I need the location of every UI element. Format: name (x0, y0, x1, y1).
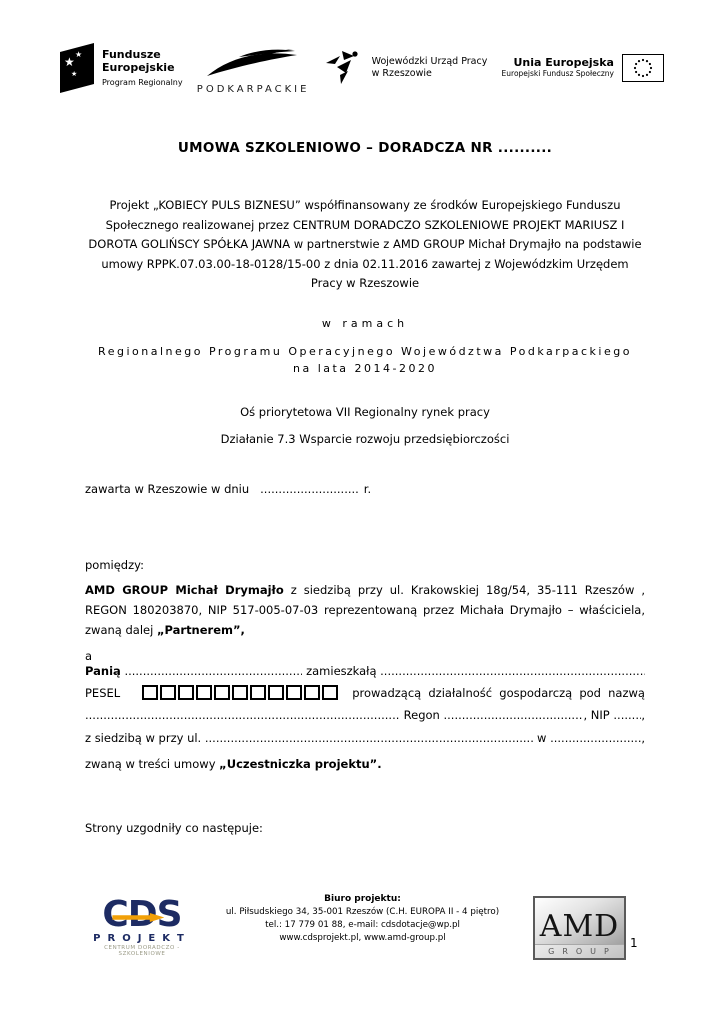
pani-line: Panią ..................................… (85, 664, 645, 678)
nip-label: , NIP (583, 708, 613, 722)
document-title: UMOWA SZKOLENIOWO – DORADCZA NR ........… (85, 140, 645, 156)
pesel-tail: prowadzącą działalność gospodarczą pod n… (352, 686, 645, 700)
partner-paragraph: AMD GROUP Michał Drymajło z siedzibą prz… (85, 580, 645, 640)
pesel-tail-word: pod (579, 686, 601, 700)
partner-alias: „Partnerem”, (157, 623, 245, 637)
regon-line-comma: , (641, 708, 645, 722)
siedziba-comma: , (641, 731, 645, 745)
dzialanie-line: Działanie 7.3 Wsparcie rozwoju przedsięb… (85, 432, 645, 446)
pesel-line: PESEL prowadzącą działalność gospodarczą… (85, 685, 645, 700)
siedziba-label: z siedzibą w przy ul. (85, 731, 205, 745)
cds-letters: CDS (102, 894, 181, 935)
program-line1: Regionalnego Programu Operacyjnego Wojew… (85, 344, 645, 361)
fundusze-title-line2: Europejskie (102, 61, 183, 74)
svg-text:★: ★ (71, 70, 77, 78)
program-line2: na lata 2014-2020 (85, 361, 645, 378)
pesel-box (232, 685, 248, 700)
strony-line: Strony uzgodniły co następuje: (85, 821, 645, 835)
eu-flag-icon (622, 54, 664, 82)
date-blank: .............................. (260, 482, 360, 496)
a-connector: a (85, 649, 645, 663)
wup-line1: Wojewódzki Urząd Pracy (372, 56, 488, 68)
pesel-box (268, 685, 284, 700)
pesel-label: PESEL (85, 686, 120, 700)
logo-unia-europejska: Unia Europejska Europejski Fundusz Społe… (502, 54, 664, 82)
cds-subtitle: CENTRUM DORADCZO - SZKOLENIOWE (90, 945, 194, 957)
zwana-pre: zwaną w treści umowy (85, 757, 219, 771)
logo-amd-group: AMD GROUP (533, 896, 626, 960)
svg-text:★: ★ (75, 50, 82, 59)
logo-cds-projekt: CDS PROJEKT CENTRUM DORADCZO - SZKOLENIO… (90, 898, 194, 957)
os-priorytetowa-line: Oś priorytetowa VII Regionalny rynek pra… (85, 405, 645, 419)
fundusze-title-line1: Fundusze (102, 48, 183, 61)
pesel-tail-word: działalność (428, 686, 492, 700)
pesel-tail-word: nazwą (608, 686, 645, 700)
pesel-box (250, 685, 266, 700)
regon-nip-line: ........................................… (85, 708, 645, 722)
amd-wordmark: AMD (535, 910, 624, 944)
pesel-box (322, 685, 338, 700)
program-lines: Regionalnego Programu Operacyjnego Wojew… (85, 344, 645, 377)
regon-blank: ........................................… (443, 708, 583, 722)
siedziba-w-label: w (533, 731, 550, 745)
pesel-box (160, 685, 176, 700)
fundusze-subtitle: Program Regionalny (102, 76, 183, 89)
svg-text:★: ★ (64, 55, 75, 69)
name-blank: ........................................… (124, 664, 302, 678)
pesel-tail-word: gospodarczą (499, 686, 572, 700)
page-number: 1 (630, 936, 638, 950)
siedziba-line: z siedzibą w przy ul. ..................… (85, 731, 645, 745)
cds-wordmark: CDS (102, 898, 181, 932)
logo-wup-rzeszow: Wojewódzki Urząd Pracy w Rzeszowie (324, 47, 488, 90)
pesel-box (214, 685, 230, 700)
logo-podkarpackie: PODKARPACKIE (197, 48, 310, 95)
logo-fundusze-europejskie: ★ ★ ★ Fundusze Europejskie Program Regio… (58, 42, 183, 94)
pomiedzy-label: pomiędzy: (85, 558, 645, 572)
pesel-boxes (142, 685, 338, 700)
podkarpackie-label: PODKARPACKIE (197, 84, 310, 95)
w-ramach-line: w ramach (85, 317, 645, 330)
company-name-blank: ........................................… (85, 708, 400, 722)
ue-title: Unia Europejska (502, 57, 614, 68)
partner-name: AMD GROUP Michał Drymajło (85, 583, 284, 597)
zawarta-line: zawarta w Rzeszowie w dniu .............… (85, 482, 645, 496)
zamieszkala-label: zamieszkałą (302, 664, 380, 678)
pesel-box (304, 685, 320, 700)
document-page: ★ ★ ★ Fundusze Europejskie Program Regio… (0, 0, 725, 1024)
zawarta-pre: zawarta w Rzeszowie w dniu (85, 482, 249, 496)
pani-label: Panią (85, 664, 121, 678)
regon-label: Regon (400, 708, 443, 722)
logo-header: ★ ★ ★ Fundusze Europejskie Program Regio… (58, 36, 664, 100)
nip-blank: ........................................… (613, 708, 641, 722)
city-blank: ........................................… (550, 731, 641, 745)
zwana-line: zwaną w treści umowy „Uczestniczka proje… (85, 757, 645, 771)
wup-line2: w Rzeszowie (372, 68, 488, 80)
amd-group-label: GROUP (535, 944, 624, 958)
address-blank: ........................................… (380, 664, 645, 678)
street-blank: ........................................… (205, 731, 534, 745)
project-paragraph: Projekt „KOBIECY PULS BIZNESU” współfina… (85, 196, 645, 294)
pesel-box (142, 685, 158, 700)
podkarpackie-swoosh-icon (205, 48, 301, 83)
pesel-tail-word: prowadzącą (352, 686, 421, 700)
fundusze-europejskie-flag-icon: ★ ★ ★ (58, 42, 94, 94)
pesel-box (196, 685, 212, 700)
zawarta-post: r. (364, 482, 371, 496)
pesel-box (178, 685, 194, 700)
participant-alias: „Uczestniczka projektu”. (219, 757, 381, 771)
pesel-box (286, 685, 302, 700)
ue-subtitle: Europejski Fundusz Społeczny (502, 68, 614, 79)
wup-bird-icon (324, 47, 366, 90)
